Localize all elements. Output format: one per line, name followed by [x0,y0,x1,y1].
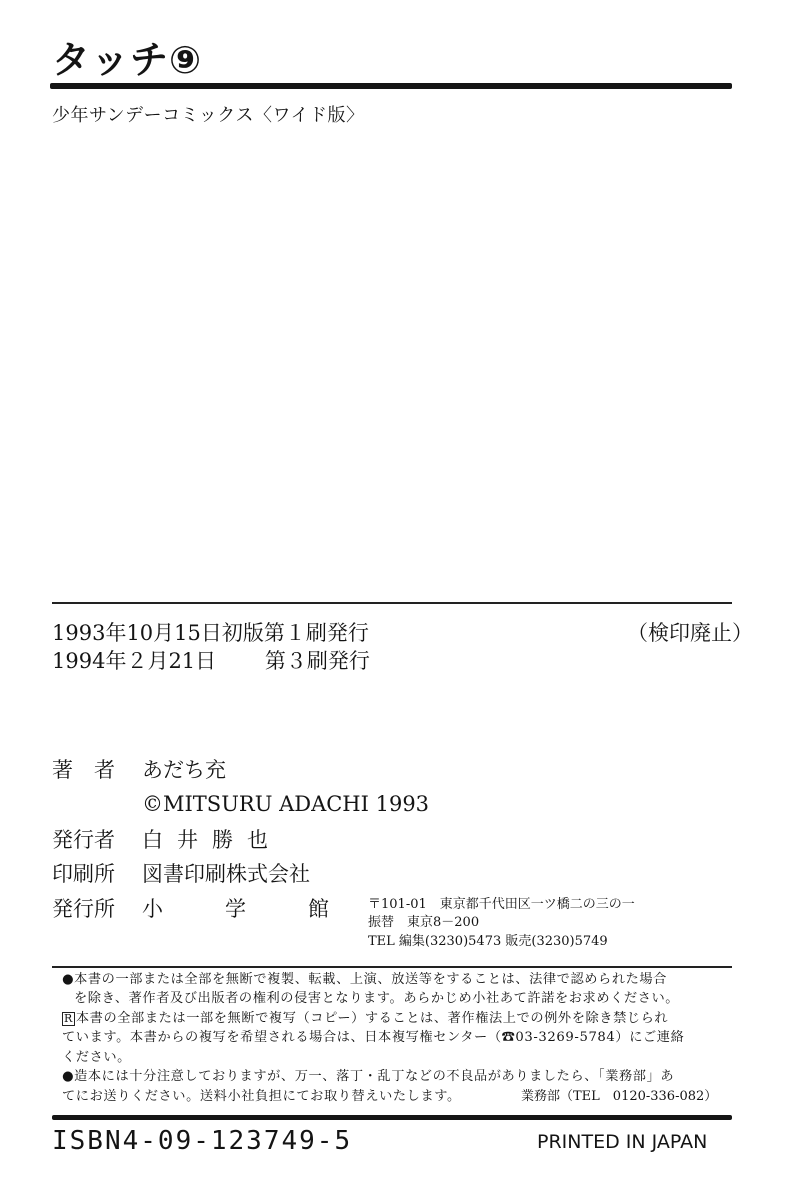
copyright-notice: ©MITSURU ADACHI 1993 [142,790,429,818]
first-edition-date: 1993年10月15日初版第１刷発行 [52,620,369,646]
current-printing-date: 1994年２月21日 第３刷発行 [52,648,370,674]
notice-line: ●本書の一部または全部を無断で複製、転載、上演、放送等をすることは、法律で認めら… [62,970,667,990]
book-title: タッチ⑨ [52,38,202,82]
isbn-code: ISBN4-09-123749-5 [52,1126,352,1156]
notice-line: ●造本には十分注意しておりますが、万一、落丁・乱丁などの不良品がありましたら、「… [62,1067,674,1087]
notice-line: ください。 [62,1048,131,1068]
publisher-person-label: 発行者 [52,826,115,854]
notice-line: てにお送りください。送料小社負担にてお取り替えいたします。 [62,1087,461,1107]
publishing-house-name: 小学館 [142,895,391,923]
notice-line: R本書の全部または一部を無断で複写（コピー）することは、著作権法上での例外を除き… [62,1009,668,1029]
printer-label: 印刷所 [52,860,115,888]
business-dept-phone: 業務部（TEL 0120-336-082） [521,1087,717,1107]
author-name: あだち充 [142,756,226,784]
seal-abolished-note: （検印廃止） [627,620,753,646]
title-rule-divider [50,83,732,89]
notice-box-top-rule [52,966,732,968]
printed-in-japan: PRINTED IN JAPAN [537,1130,707,1154]
transfer-account: 振替 東京8－200 [368,914,479,932]
telephone-numbers: TEL 編集(3230)5473 販売(3230)5749 [368,933,608,951]
colophon-divider [52,602,732,604]
reprography-r-icon: R [62,1012,75,1026]
publisher-person-name: 白井勝也 [142,826,282,854]
notice-line: を除き、著作者及び出版者の権利の侵害となります。あらかじめ小社あて許諾をお求めく… [74,989,679,1009]
notice-line-text: 本書の全部または一部を無断で複写（コピー）することは、著作権法上での例外を除き禁… [76,1011,668,1026]
postal-address: 〒101-01 東京都千代田区一ツ橋二の三の一 [368,896,635,914]
author-label: 著 者 [52,756,115,784]
publishing-house-label: 発行所 [52,895,115,923]
notice-box-bottom-rule [52,1115,732,1120]
series-name: 少年サンデーコミックス〈ワイド版〉 [52,104,365,128]
printer-name: 図書印刷株式会社 [142,860,310,888]
notice-line: ています。本書からの複写を希望される場合は、日本複写権センター（☎03-3269… [62,1028,684,1048]
